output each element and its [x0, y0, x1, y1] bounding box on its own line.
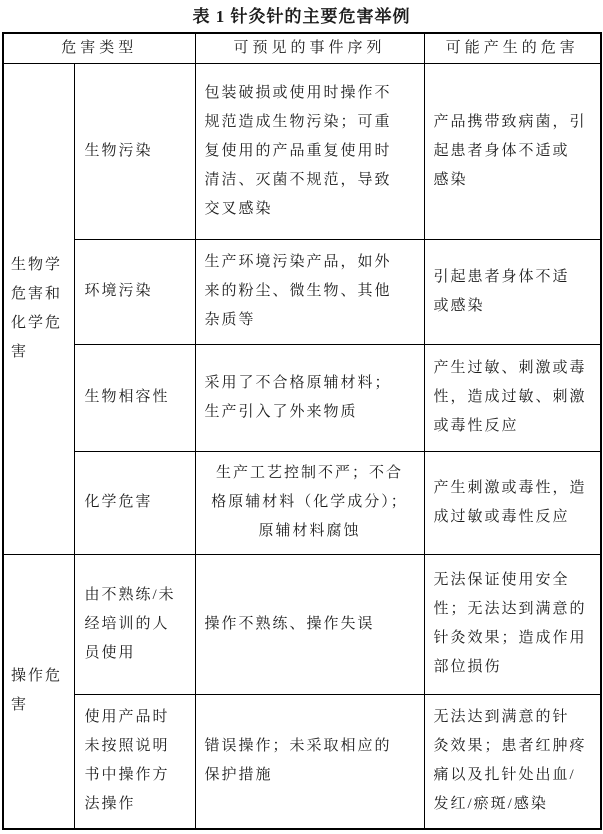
hazard-type-cell: 化学危害 [74, 451, 195, 554]
header-event-sequence: 可预见的事件序列 [195, 33, 424, 63]
header-row: 危害类型 可预见的事件序列 可能产生的危害 [3, 33, 601, 63]
hazard-type-cell: 使用产品时 未按照说明 书中操作方 法操作 [74, 694, 195, 829]
event-sequence-cell: 生产环境污染产品，如外 来的粉尘、微生物、其他 杂质等 [195, 239, 424, 344]
event-sequence-cell: 包装破损或使用时操作不 规范造成生物污染；可重 复使用的产品重复使用时 清洁、灭… [195, 63, 424, 239]
table-title: 表 1 针灸针的主要危害举例 [0, 0, 603, 32]
table-row: 生物相容性 采用了不合格原辅材料； 生产引入了外来物质 产生过敏、刺激或毒 性，… [3, 344, 601, 451]
category-cell-bio-chem: 生物学 危害和 化学危 害 [3, 63, 74, 554]
hazard-type-cell: 由不熟练/未 经培训的人 员使用 [74, 554, 195, 694]
possible-harm-cell: 产生刺激或毒性，造 成过敏或毒性反应 [424, 451, 601, 554]
possible-harm-cell: 无法达到满意的针 灸效果；患者红肿疼 痛以及扎针处出血/ 发红/瘀斑/感染 [424, 694, 601, 829]
hazard-type-cell: 环境污染 [74, 239, 195, 344]
table-row: 化学危害 生产工艺控制不严；不合 格原辅材料（化学成分）； 原辅材料腐蚀 产生刺… [3, 451, 601, 554]
event-sequence-cell: 采用了不合格原辅材料； 生产引入了外来物质 [195, 344, 424, 451]
table-row: 操作危 害 由不熟练/未 经培训的人 员使用 操作不熟练、操作失误 无法保证使用… [3, 554, 601, 694]
possible-harm-cell: 产生过敏、刺激或毒 性，造成过敏、刺激 或毒性反应 [424, 344, 601, 451]
table-row: 生物学 危害和 化学危 害 生物污染 包装破损或使用时操作不 规范造成生物污染；… [3, 63, 601, 239]
event-sequence-cell: 生产工艺控制不严；不合 格原辅材料（化学成分）； 原辅材料腐蚀 [195, 451, 424, 554]
category-cell-operation: 操作危 害 [3, 554, 74, 829]
possible-harm-cell: 引起患者身体不适 或感染 [424, 239, 601, 344]
hazard-type-cell: 生物相容性 [74, 344, 195, 451]
header-hazard-type: 危害类型 [3, 33, 195, 63]
possible-harm-cell: 产品携带致病菌，引 起患者身体不适或 感染 [424, 63, 601, 239]
hazard-table: 危害类型 可预见的事件序列 可能产生的危害 生物学 危害和 化学危 害 生物污染… [2, 32, 602, 830]
event-sequence-cell: 操作不熟练、操作失误 [195, 554, 424, 694]
table-row: 环境污染 生产环境污染产品，如外 来的粉尘、微生物、其他 杂质等 引起患者身体不… [3, 239, 601, 344]
table-row: 使用产品时 未按照说明 书中操作方 法操作 错误操作；未采取相应的 保护措施 无… [3, 694, 601, 829]
possible-harm-cell: 无法保证使用安全 性；无法达到满意的 针灸效果；造成作用 部位损伤 [424, 554, 601, 694]
header-possible-harm: 可能产生的危害 [424, 33, 601, 63]
document-page: 表 1 针灸针的主要危害举例 危害类型 可预见的事件序列 可能产生的危害 生物学… [0, 0, 603, 834]
hazard-type-cell: 生物污染 [74, 63, 195, 239]
event-sequence-cell: 错误操作；未采取相应的 保护措施 [195, 694, 424, 829]
